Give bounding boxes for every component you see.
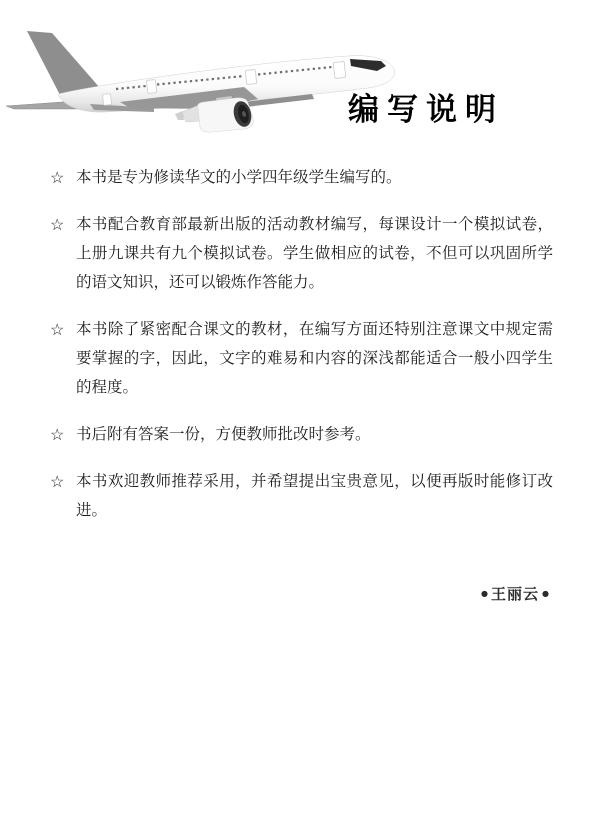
paragraph-text: 本书是专为修读华文的小学四年级学生编写的。 bbox=[76, 168, 402, 186]
paragraph-text: 本书欢迎教师推荐采用，并希望提出宝贵意见，以便再版时能修订改进。 bbox=[76, 472, 553, 519]
star-bullet-icon: ☆ bbox=[50, 210, 64, 239]
star-bullet-icon: ☆ bbox=[50, 420, 64, 449]
preface-paragraph-5: ☆ 本书欢迎教师推荐采用，并希望提出宝贵意见，以便再版时能修订改进。 bbox=[50, 467, 553, 525]
paragraph-text: 本书配合教育部最新出版的活动教材编写，每课设计一个模拟试卷，上册九课共有九个模拟… bbox=[76, 215, 553, 291]
airplane-illustration bbox=[0, 0, 400, 150]
book-preface-page: 编写说明 ☆ 本书是专为修读华文的小学四年级学生编写的。 ☆ 本书配合教育部最新… bbox=[0, 0, 599, 824]
author-name: 王丽云 bbox=[491, 585, 539, 603]
preface-paragraph-1: ☆ 本书是专为修读华文的小学四年级学生编写的。 bbox=[50, 163, 553, 192]
star-bullet-icon: ☆ bbox=[50, 163, 64, 192]
dot-icon: ● bbox=[481, 585, 488, 603]
preface-paragraph-4: ☆ 书后附有答案一份，方便教师批改时参考。 bbox=[50, 420, 553, 449]
page-title: 编写说明 bbox=[348, 94, 504, 127]
paragraph-text: 书后附有答案一份，方便教师批改时参考。 bbox=[76, 425, 371, 443]
preface-content: ☆ 本书是专为修读华文的小学四年级学生编写的。 ☆ 本书配合教育部最新出版的活动… bbox=[50, 163, 553, 543]
author-signature: ● 王丽云 ● bbox=[481, 585, 549, 603]
star-bullet-icon: ☆ bbox=[50, 315, 64, 344]
dot-icon: ● bbox=[542, 585, 549, 603]
airplane-icon bbox=[0, 0, 400, 150]
preface-paragraph-2: ☆ 本书配合教育部最新出版的活动教材编写，每课设计一个模拟试卷，上册九课共有九个… bbox=[50, 210, 553, 297]
tail-fin bbox=[27, 31, 100, 95]
paragraph-text: 本书除了紧密配合课文的教材，在编写方面还特别注意课文中规定需要掌握的字，因此，文… bbox=[76, 320, 553, 396]
star-bullet-icon: ☆ bbox=[50, 467, 64, 496]
preface-paragraph-3: ☆ 本书除了紧密配合课文的教材，在编写方面还特别注意课文中规定需要掌握的字，因此… bbox=[50, 315, 553, 402]
